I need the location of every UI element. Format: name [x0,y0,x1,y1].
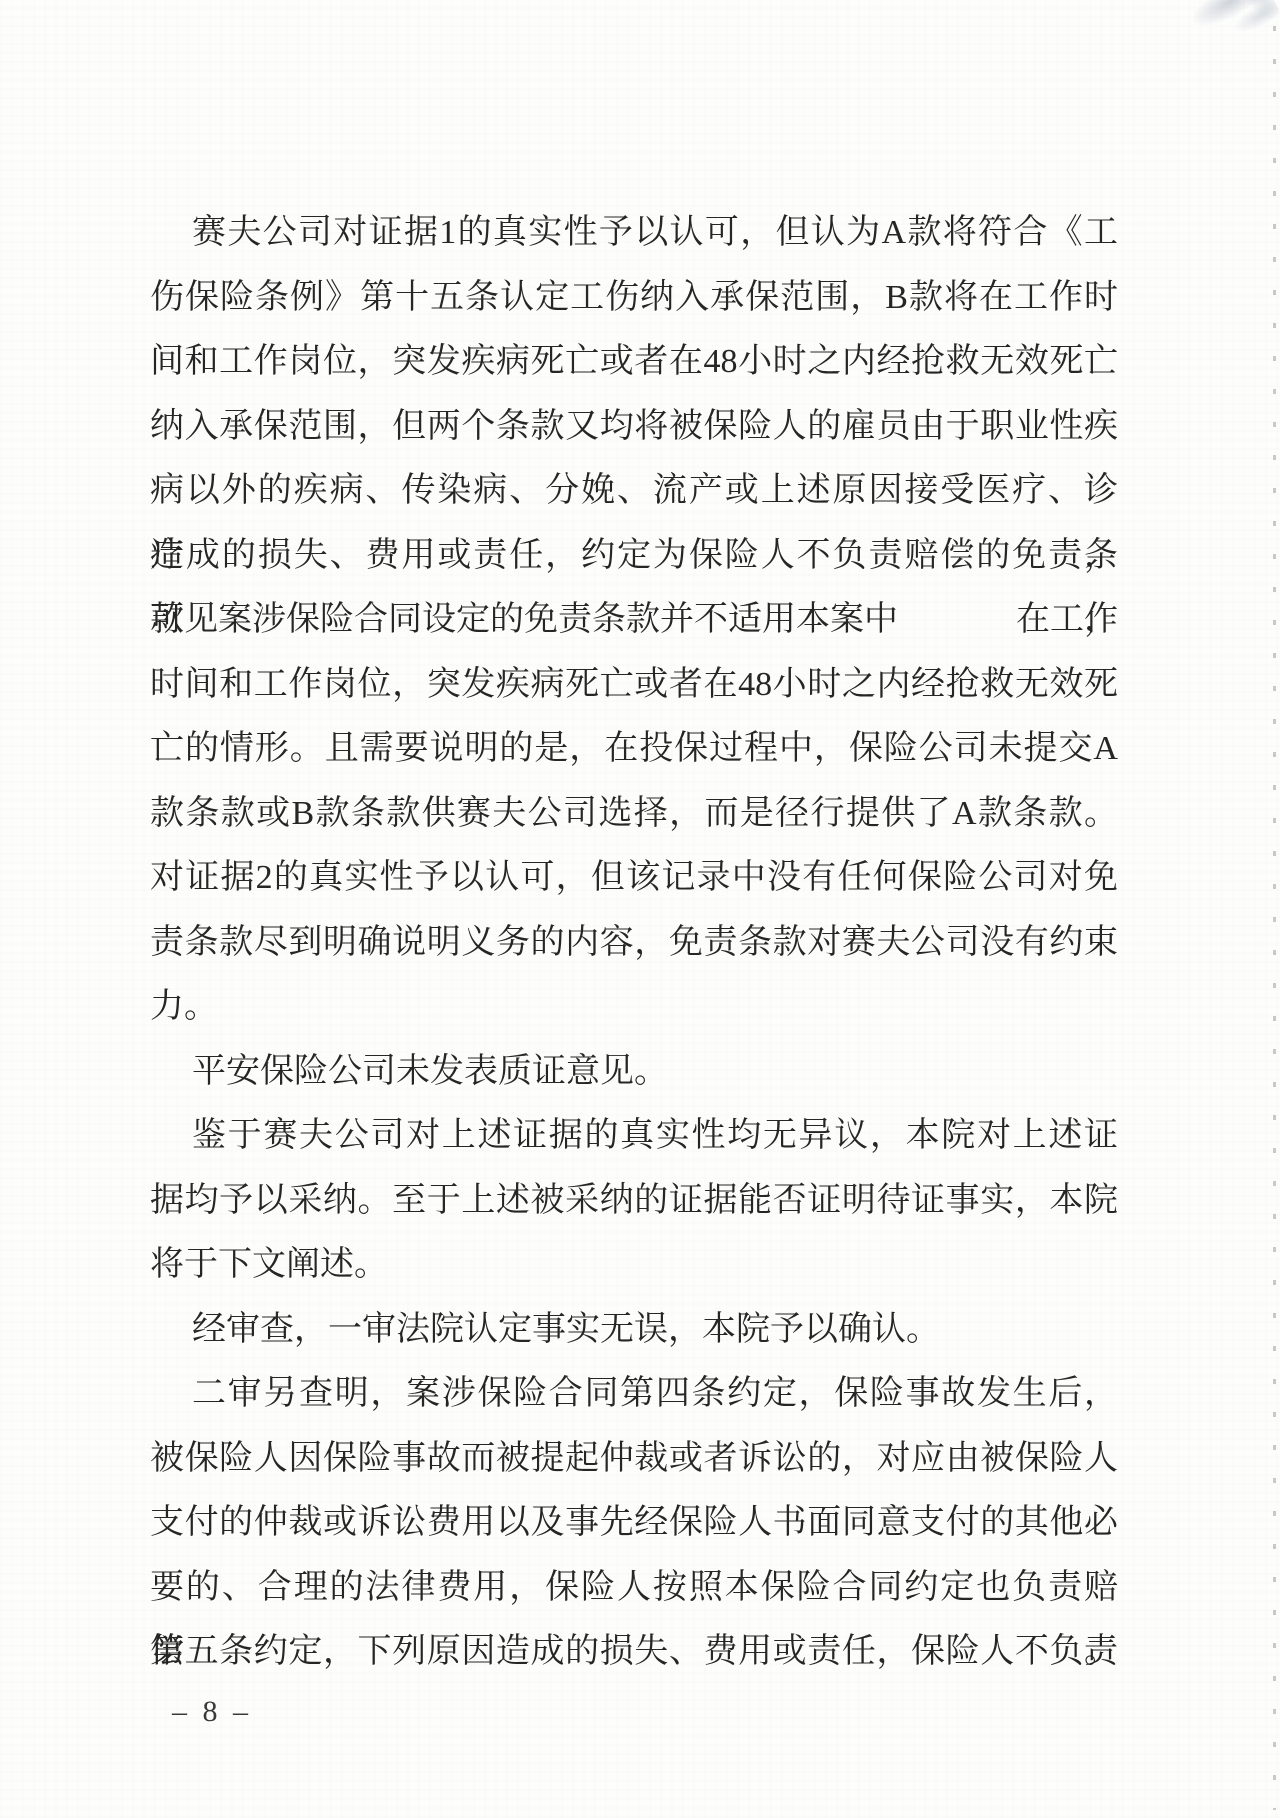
text-line: 被保险人因保险事故而被提起仲裁或者诉讼的，对应由被保险人 [150,1427,1118,1492]
text-line: 平安保险公司未发表质证意见。 [150,1040,1118,1105]
text-line: 间和工作岗位，突发疾病死亡或者在48小时之内经抢救无效死亡 [150,330,1118,395]
text-line-left-part: 可见案涉保险合同设定的免责条款并不适用本案中 [150,588,898,653]
text-line: 要的、合理的法律费用，保险人按照本保险合同约定也负责赔偿。 [150,1556,1118,1621]
text-line: 伤保险条例》第十五条认定工伤纳入承保范围，B款将在工作时 [150,266,1118,331]
text-line: 造成的损失、费用或责任，约定为保险人不负责赔偿的免责条款， [150,524,1118,589]
text-line: 支付的仲裁或诉讼费用以及事先经保险人书面同意支付的其他必 [150,1491,1118,1556]
text-line: 第五条约定，下列原因造成的损失、费用或责任，保险人不负责 [150,1620,1118,1685]
text-line: 亡的情形。且需要说明的是，在投保过程中，保险公司未提交A [150,717,1118,782]
judgment-text-block: 赛夫公司对证据1的真实性予以认可，但认为A款将符合《工 伤保险条例》第十五条认定… [150,201,1118,1685]
text-line: 将于下文阐述。 [150,1233,1118,1298]
text-line: 二审另查明，案涉保险合同第四条约定，保险事故发生后， [150,1362,1118,1427]
text-line: 纳入承保范围，但两个条款又均将被保险人的雇员由于职业性疾 [150,395,1118,460]
text-line: 时间和工作岗位，突发疾病死亡或者在48小时之内经抢救无效死 [150,653,1118,718]
text-line: 赛夫公司对证据1的真实性予以认可，但认为A款将符合《工 [150,201,1118,266]
text-line: 责条款尽到明确说明义务的内容，免责条款对赛夫公司没有约束 [150,911,1118,976]
scan-smudge-artifact [1130,0,1280,134]
text-line: 对证据2的真实性予以认可，但该记录中没有任何保险公司对免 [150,846,1118,911]
text-line: 病以外的疾病、传染病、分娩、流产或上述原因接受医疗、诊疗， [150,459,1118,524]
text-line: 力。 [150,975,1118,1040]
scan-edge-dots-artifact [1273,26,1276,1810]
page-number: – 8 – [172,1692,252,1732]
document-page: 赛夫公司对证据1的真实性予以认可，但认为A款将符合《工 伤保险条例》第十五条认定… [0,0,1280,1818]
text-line: 经审查，一审法院认定事实无误，本院予以确认。 [150,1298,1118,1363]
text-line-right-part: 在工作 [1016,588,1118,653]
text-line: 款条款或B款条款供赛夫公司选择，而是径行提供了A款条款。 [150,782,1118,847]
text-line: 据均予以采纳。至于上述被采纳的证据能否证明待证事实，本院 [150,1169,1118,1234]
text-line: 鉴于赛夫公司对上述证据的真实性均无异议，本院对上述证 [150,1104,1118,1169]
